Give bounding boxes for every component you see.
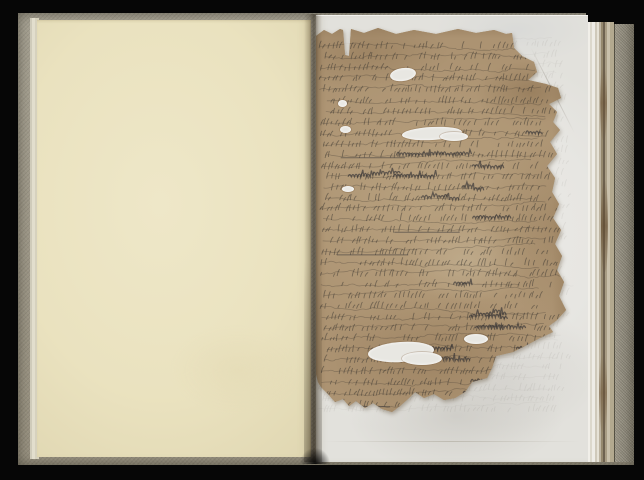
fragment-hole (342, 186, 354, 192)
fore-edge-stain (601, 180, 608, 272)
fragment-hole (464, 334, 488, 344)
blank-left-page (37, 20, 311, 457)
fragment-hole (338, 100, 347, 107)
fragment-hole (440, 132, 468, 141)
page-crease (322, 441, 580, 442)
fragment-handwriting (316, 26, 570, 420)
gutter-shadow-bottom (300, 448, 330, 464)
cover-fore-edge (614, 24, 634, 462)
gutter-shadow (304, 14, 322, 462)
fragment-hole (340, 126, 351, 133)
page-fore-edges (588, 22, 614, 462)
fore-edge-stain (600, 66, 607, 140)
manuscript-fragment (316, 26, 570, 420)
fragment-paper (316, 26, 570, 420)
fore-edge-stain (599, 354, 607, 432)
fragment-hole (402, 352, 442, 365)
scan-background (0, 0, 644, 480)
